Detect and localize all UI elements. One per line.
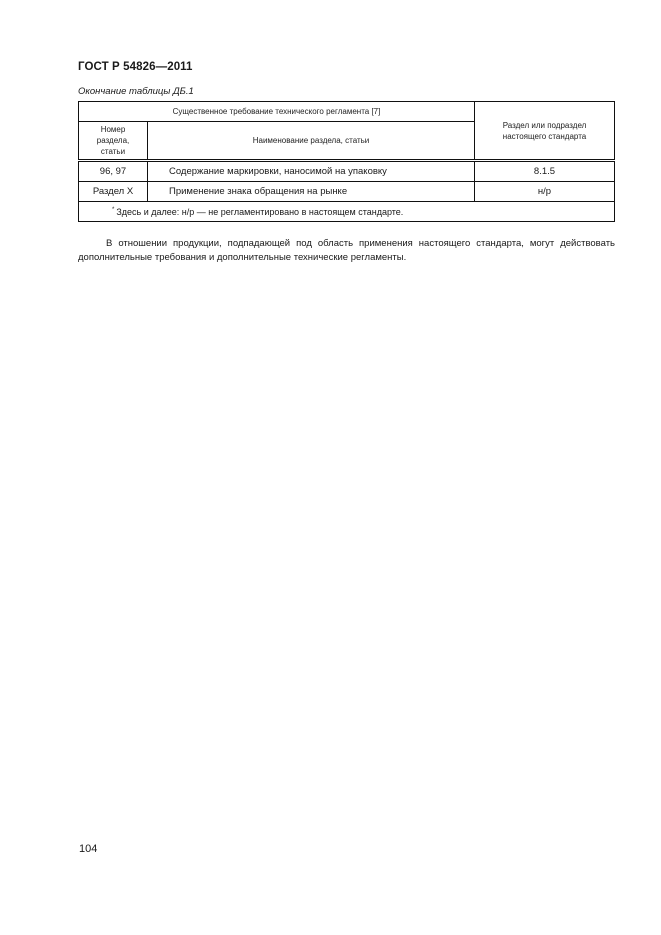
document-header: ГОСТ Р 54826—2011 <box>78 61 193 73</box>
cell-number: Раздел X <box>79 182 148 202</box>
column-header-number: Номер раздела, статьи <box>79 122 148 161</box>
group-header: Существенное требование технического рег… <box>79 102 475 122</box>
column-header-name: Наименование раздела, статьи <box>148 122 475 161</box>
cell-number: 96, 97 <box>79 161 148 182</box>
footnote-text: Здесь и далее: н/р — не регламентировано… <box>116 207 403 217</box>
column-header-number-text: Номер раздела, статьи <box>90 124 136 157</box>
column-header-reference-text: Раздел или подраздел настоящего стандарт… <box>490 120 600 142</box>
column-header-reference: Раздел или подраздел настоящего стандарт… <box>475 102 615 161</box>
body-paragraph-text: В отношении продукции, подпадающей под о… <box>78 238 615 263</box>
requirements-table: Существенное требование технического рег… <box>78 101 615 222</box>
table-caption: Окончание таблицы ДБ.1 <box>78 86 194 97</box>
cell-reference: 8.1.5 <box>475 161 615 182</box>
table-footnote-row: *Здесь и далее: н/р — не регламентирован… <box>79 202 615 222</box>
footnote-marker: * <box>112 207 114 213</box>
table-row: 96, 97 Содержание маркировки, наносимой … <box>79 161 615 182</box>
body-paragraph: В отношении продукции, подпадающей под о… <box>78 237 615 264</box>
page-number: 104 <box>79 843 97 855</box>
cell-name: Применение знака обращения на рынке <box>148 182 475 202</box>
cell-name: Содержание маркировки, наносимой на упак… <box>148 161 475 182</box>
cell-reference: н/р <box>475 182 615 202</box>
table-footnote: *Здесь и далее: н/р — не регламентирован… <box>79 202 615 222</box>
table-row: Раздел X Применение знака обращения на р… <box>79 182 615 202</box>
